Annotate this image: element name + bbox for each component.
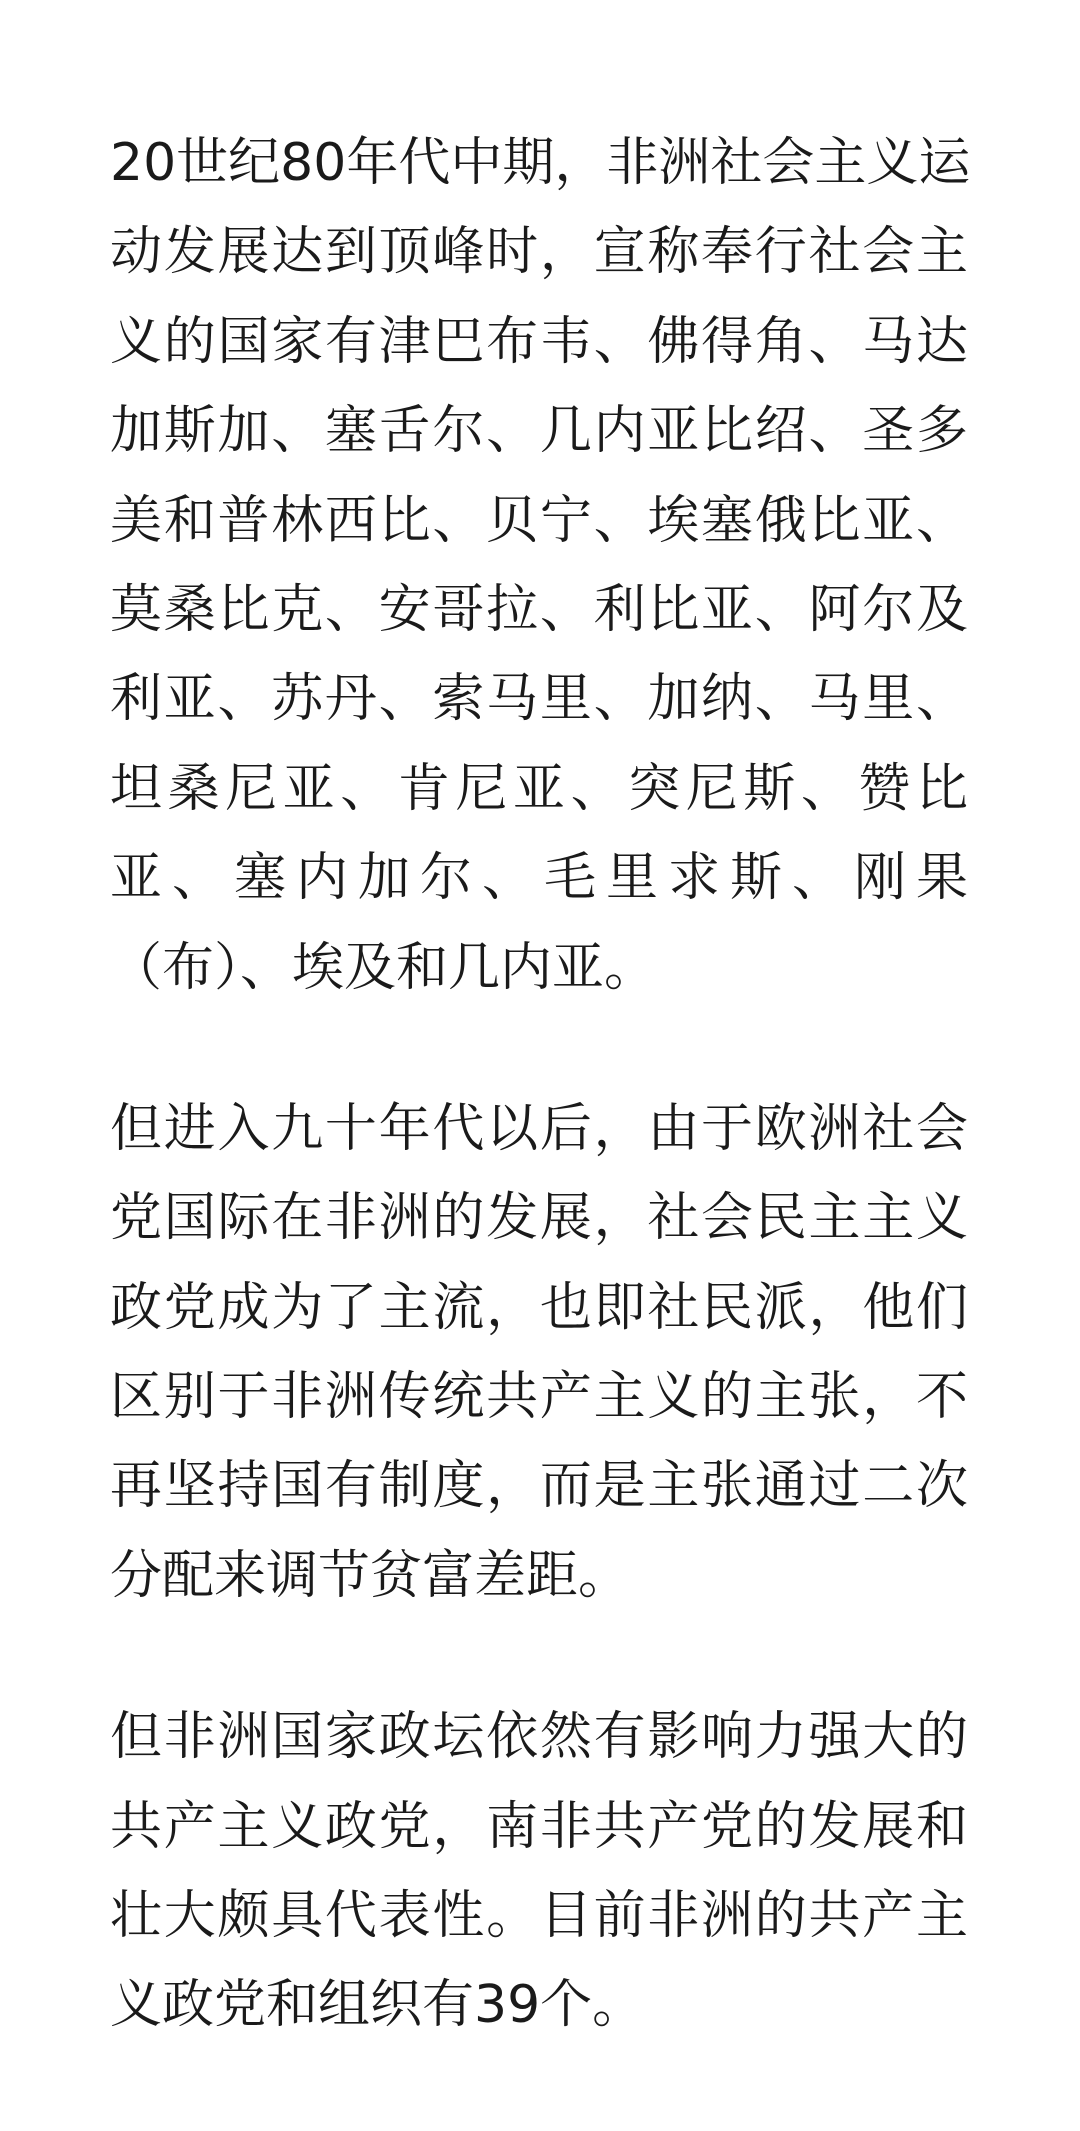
text-line: 亚、塞内加尔、毛里求斯、刚果 [110, 834, 968, 923]
text-line: （布）、埃及和几内亚。 [110, 924, 968, 1013]
text-line: 分配来调节贫富差距。 [110, 1532, 968, 1621]
text-line: 加斯加、塞舌尔、几内亚比绍、圣多 [110, 387, 968, 476]
article-body: 20世纪80年代中期，非洲社会主义运 动发展达到顶峰时，宣称奉行社会主 义的国家… [110, 119, 968, 2123]
text-line: 再坚持国有制度，而是主张通过二次 [110, 1442, 968, 1531]
text-line: 美和普林西比、贝宁、埃塞俄比亚、 [110, 477, 968, 566]
text-line: 坦桑尼亚、肯尼亚、突尼斯、赞比 [110, 745, 968, 834]
paragraph-2: 但进入九十年代以后，由于欧洲社会 党国际在非洲的发展，社会民主主义 政党成为了主… [110, 1085, 968, 1621]
text-line: 但进入九十年代以后，由于欧洲社会 [110, 1085, 968, 1174]
text-line: 20世纪80年代中期，非洲社会主义运 [110, 119, 968, 208]
text-line: 义的国家有津巴布韦、佛得角、马达 [110, 298, 968, 387]
text-line: 区别于非洲传统共产主义的主张，不 [110, 1353, 968, 1442]
text-line: 政党成为了主流，也即社民派，他们 [110, 1264, 968, 1353]
text-line: 义政党和组织有39个。 [110, 1961, 968, 2050]
text-line: 利亚、苏丹、索马里、加纳、马里、 [110, 655, 968, 744]
paragraph-1: 20世纪80年代中期，非洲社会主义运 动发展达到顶峰时，宣称奉行社会主 义的国家… [110, 119, 968, 1013]
paragraph-3: 但非洲国家政坛依然有影响力强大的 共产主义政党，南非共产党的发展和 壮大颇具代表… [110, 1693, 968, 2051]
text-line: 但非洲国家政坛依然有影响力强大的 [110, 1693, 968, 1782]
text-line: 壮大颇具代表性。目前非洲的共产主 [110, 1872, 968, 1961]
text-line: 动发展达到顶峰时，宣称奉行社会主 [110, 208, 968, 297]
text-line: 共产主义政党，南非共产党的发展和 [110, 1783, 968, 1872]
text-line: 党国际在非洲的发展，社会民主主义 [110, 1174, 968, 1263]
text-line: 莫桑比克、安哥拉、利比亚、阿尔及 [110, 566, 968, 655]
